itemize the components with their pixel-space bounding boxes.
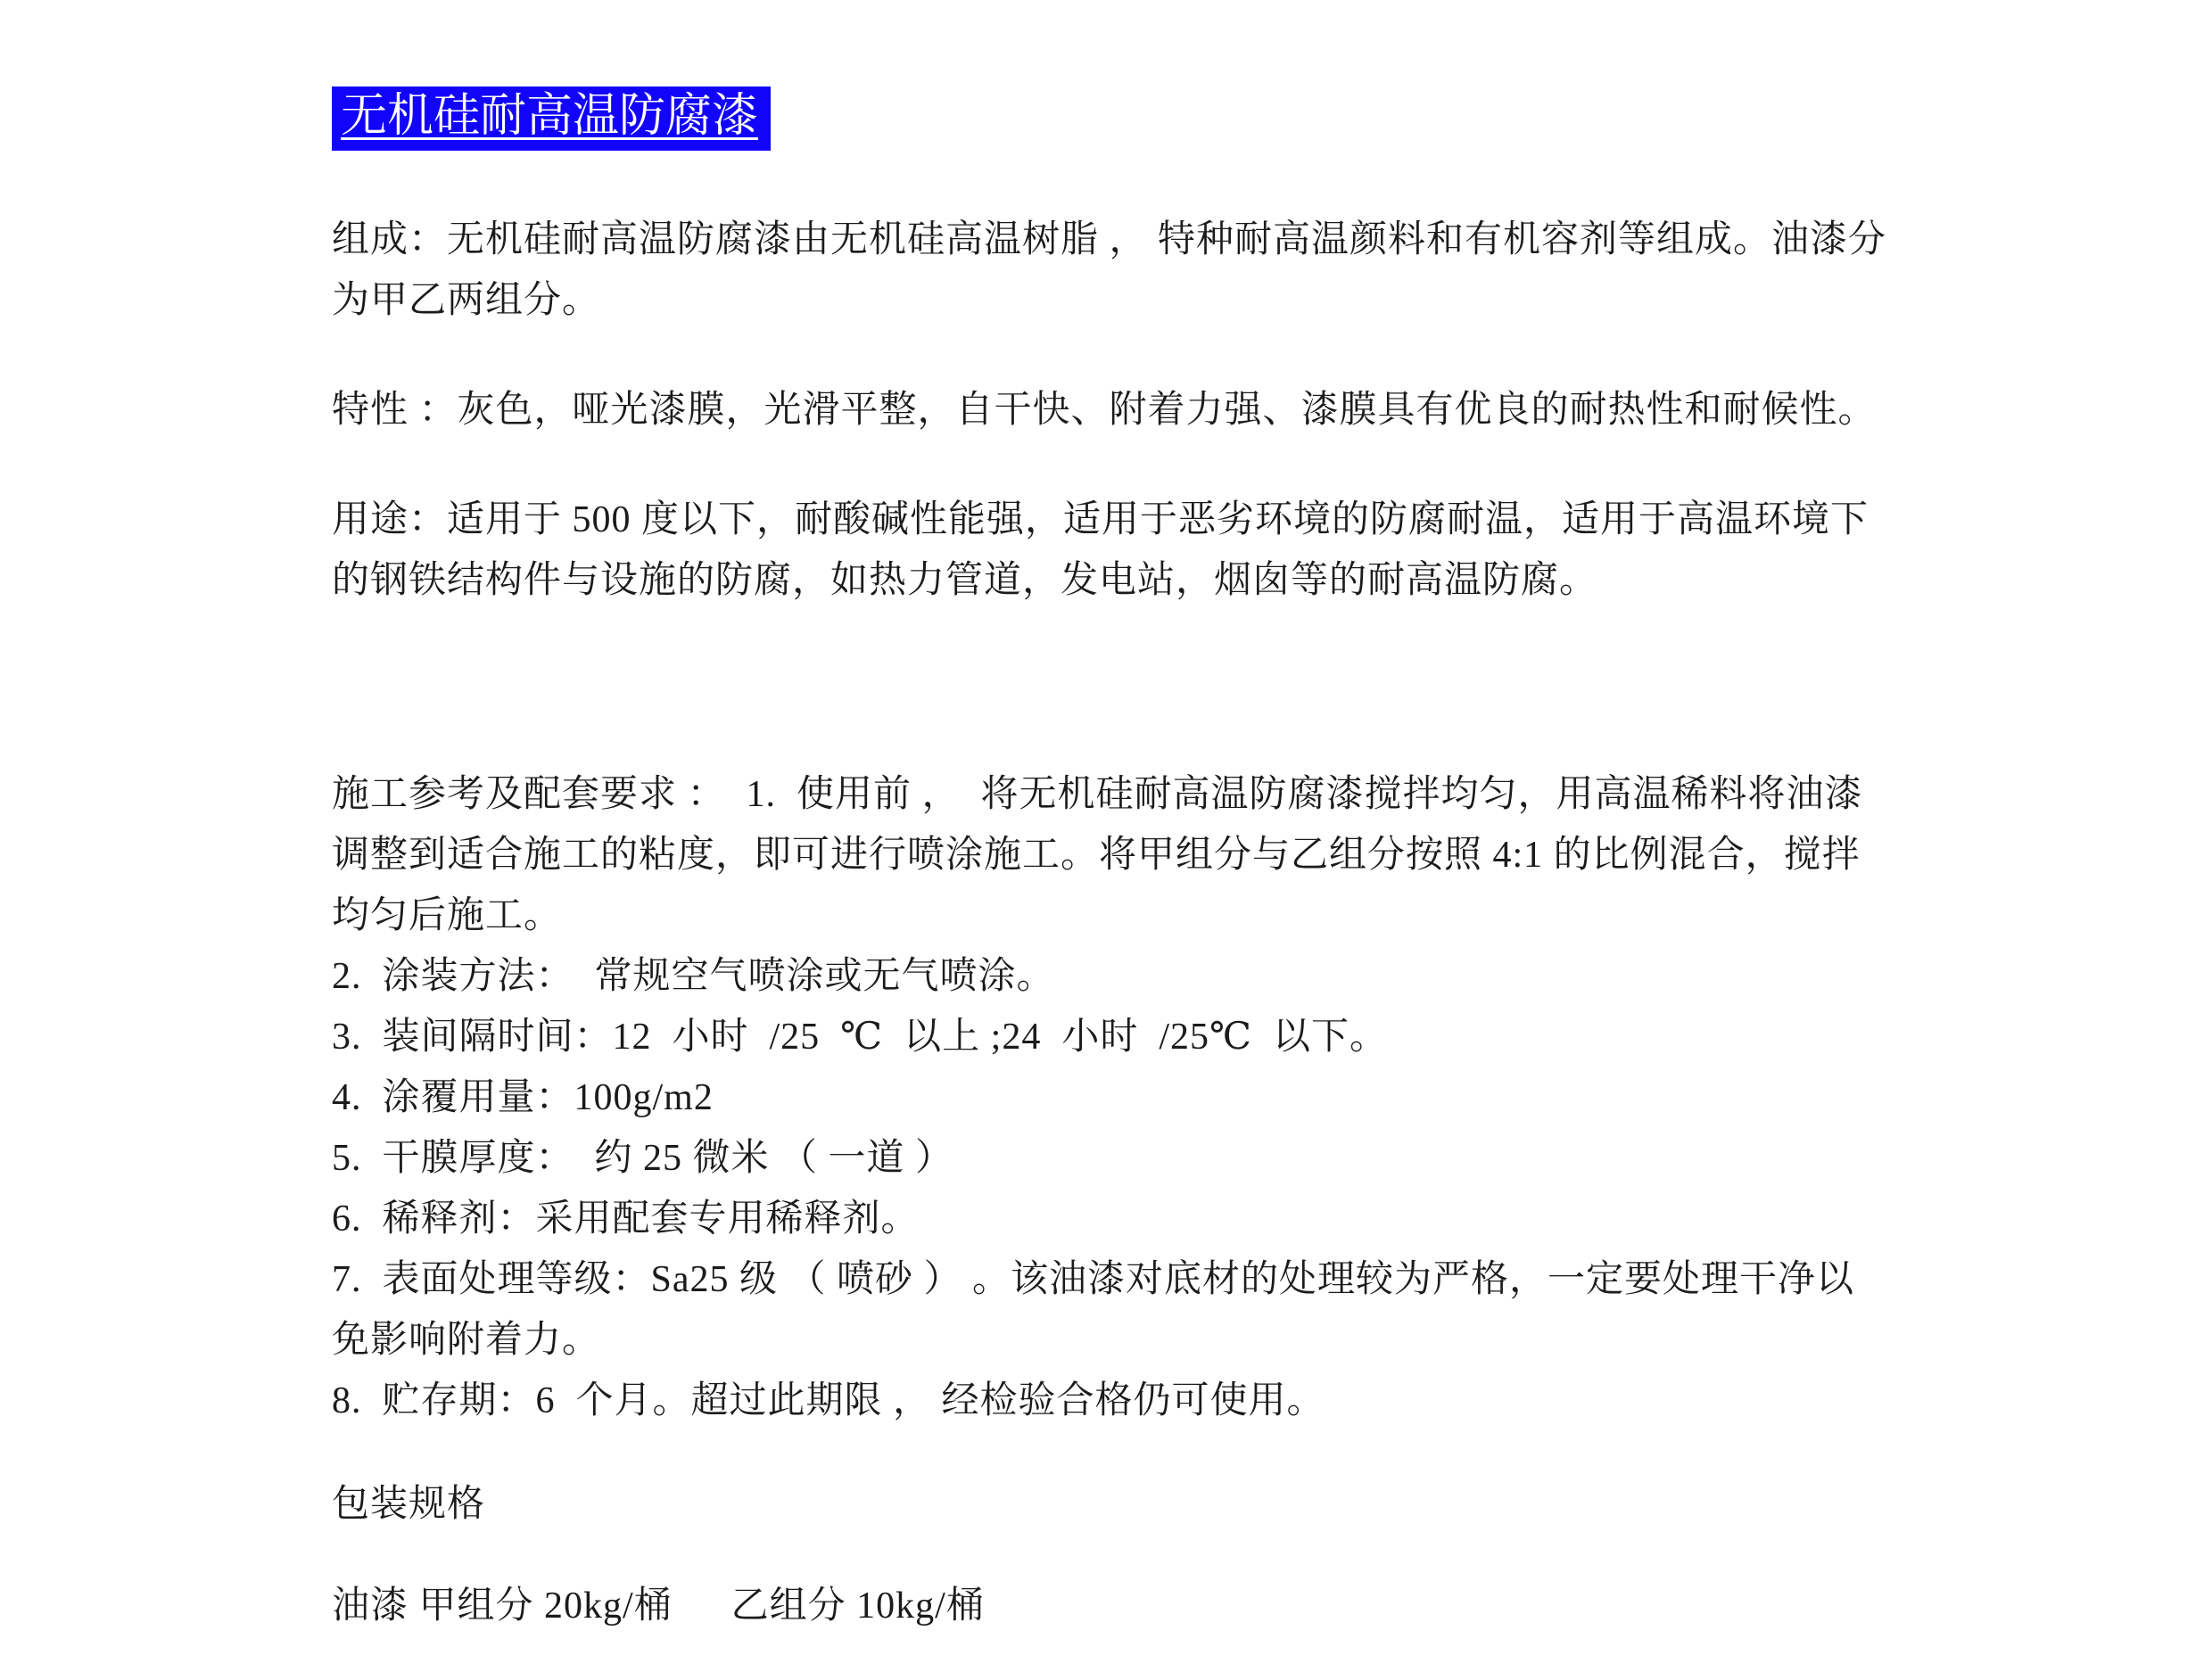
paragraph-usage: 用途：适用于 500 度以下，耐酸碱性能强，适用于恶劣环境的防腐耐温，适用于高温… (332, 490, 1888, 611)
step-coating-method: 2. 涂装方法： 常规空气喷涂或无气喷涂。 (332, 946, 1888, 1007)
document-page: 无机硅耐高温防腐漆 组成：无机硅耐高温防腐漆由无机硅高温树脂 ， 特种耐高温颜料… (0, 0, 2212, 1672)
construction-section: 施工参考及配套要求 ： 1. 使用前 ， 将无机硅耐高温防腐漆搅拌均匀，用高温稀… (332, 764, 1888, 1431)
step-surface-treatment: 7. 表面处理等级：Sa25 级 （ 喷砂 ） 。该油漆对底材的处理较为严格，一… (332, 1249, 1888, 1371)
paragraph-application-intro: 施工参考及配套要求 ： 1. 使用前 ， 将无机硅耐高温防腐漆搅拌均匀，用高温稀… (332, 764, 1888, 946)
packaging-heading: 包装规格 (332, 1474, 1888, 1535)
packaging-detail: 油漆 甲组分 20kg/桶 乙组分 10kg/桶 (332, 1576, 1888, 1636)
step-coverage: 4. 涂覆用量：100g/m2 (332, 1067, 1888, 1128)
document-title: 无机硅耐高温防腐漆 (332, 86, 1888, 151)
paragraph-composition: 组成：无机硅耐高温防腐漆由无机硅高温树脂 ， 特种耐高温颜料和有机容剂等组成。油… (332, 210, 1888, 331)
step-film-thickness: 5. 干膜厚度： 约 25 微米 （ 一道 ） (332, 1128, 1888, 1189)
step-thinner: 6. 稀释剂：采用配套专用稀释剂。 (332, 1189, 1888, 1249)
step-shelf-life: 8. 贮存期：6 个月。超过此期限 ， 经检验合格仍可使用。 (332, 1371, 1888, 1431)
paragraph-properties: 特性 ：灰色，哑光漆膜，光滑平整，自干快、附着力强、漆膜具有优良的耐热性和耐候性… (332, 380, 1888, 441)
title-highlight: 无机硅耐高温防腐漆 (332, 86, 771, 151)
document-content: 无机硅耐高温防腐漆 组成：无机硅耐高温防腐漆由无机硅高温树脂 ， 特种耐高温颜料… (332, 86, 1888, 1636)
step-recoat-interval: 3. 装间隔时间：12 小时 /25 ℃ 以上 ;24 小时 /25℃ 以下。 (332, 1007, 1888, 1067)
